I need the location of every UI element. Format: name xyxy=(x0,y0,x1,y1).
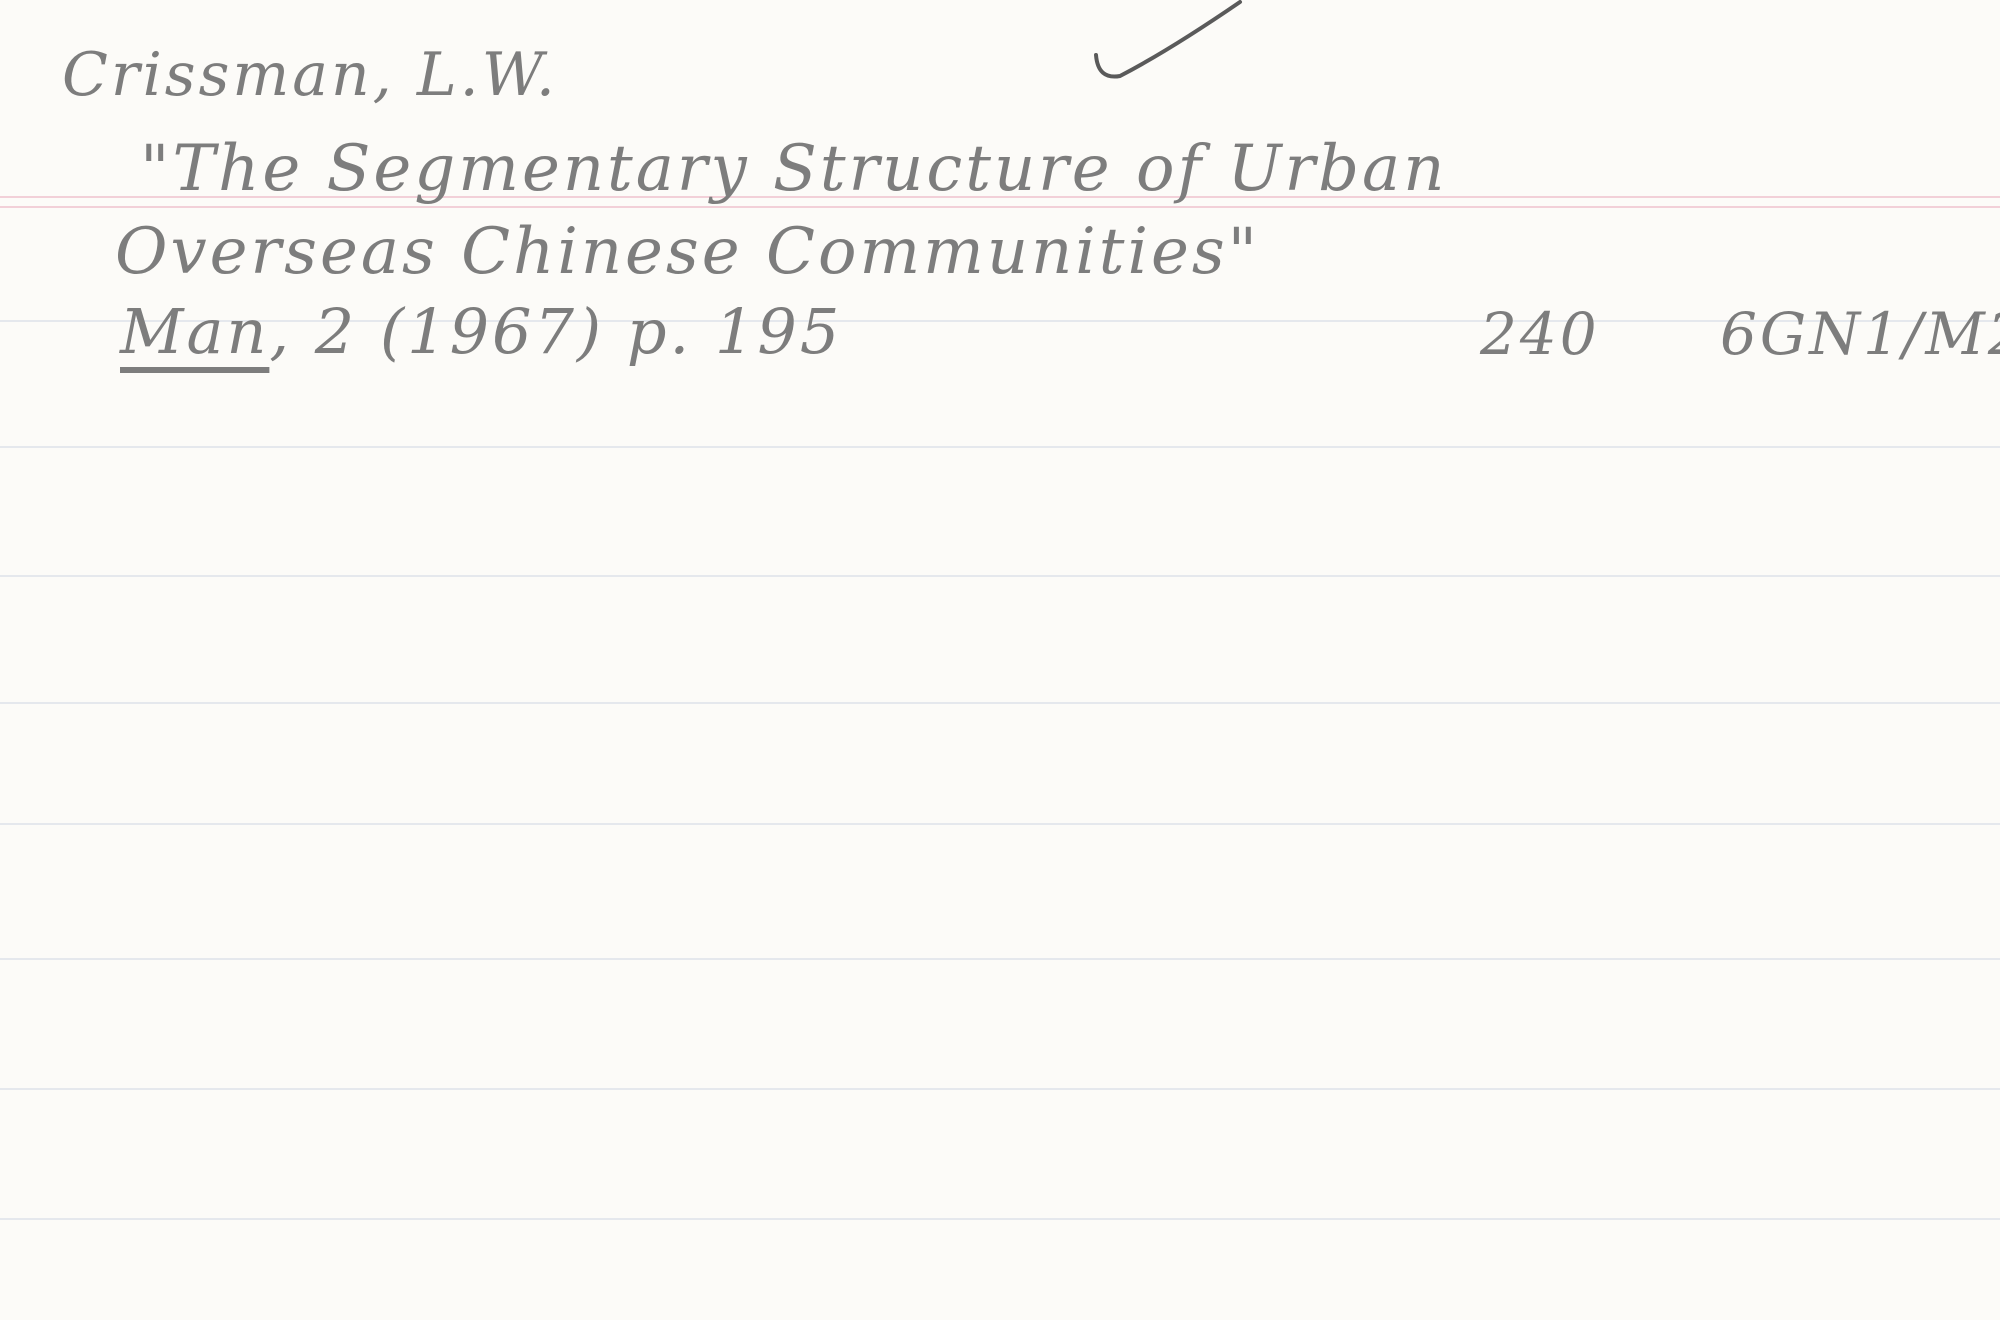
call-number: 6GN1/M25 xyxy=(1720,300,2000,368)
index-card: Crissman, L.W. "The Segmentary Structure… xyxy=(0,0,2000,1320)
journal-name: Man xyxy=(120,295,269,368)
rule-line xyxy=(0,958,2000,960)
reference-number: 240 xyxy=(1480,300,1600,368)
rule-line xyxy=(0,823,2000,825)
check-mark-icon xyxy=(1090,0,1250,90)
article-title-line-1: "The Segmentary Structure of Urban xyxy=(140,132,1447,206)
red-rule-line xyxy=(0,206,2000,208)
citation-details: , 2 (1967) p. 195 xyxy=(269,295,842,368)
rule-line xyxy=(0,1088,2000,1090)
article-title-line-2: Overseas Chinese Communities" xyxy=(115,215,1260,289)
author-name: Crissman, L.W. xyxy=(62,40,558,110)
rule-line xyxy=(0,702,2000,704)
rule-line xyxy=(0,575,2000,577)
citation: Man, 2 (1967) p. 195 xyxy=(120,295,842,368)
rule-line xyxy=(0,1218,2000,1220)
rule-line xyxy=(0,446,2000,448)
